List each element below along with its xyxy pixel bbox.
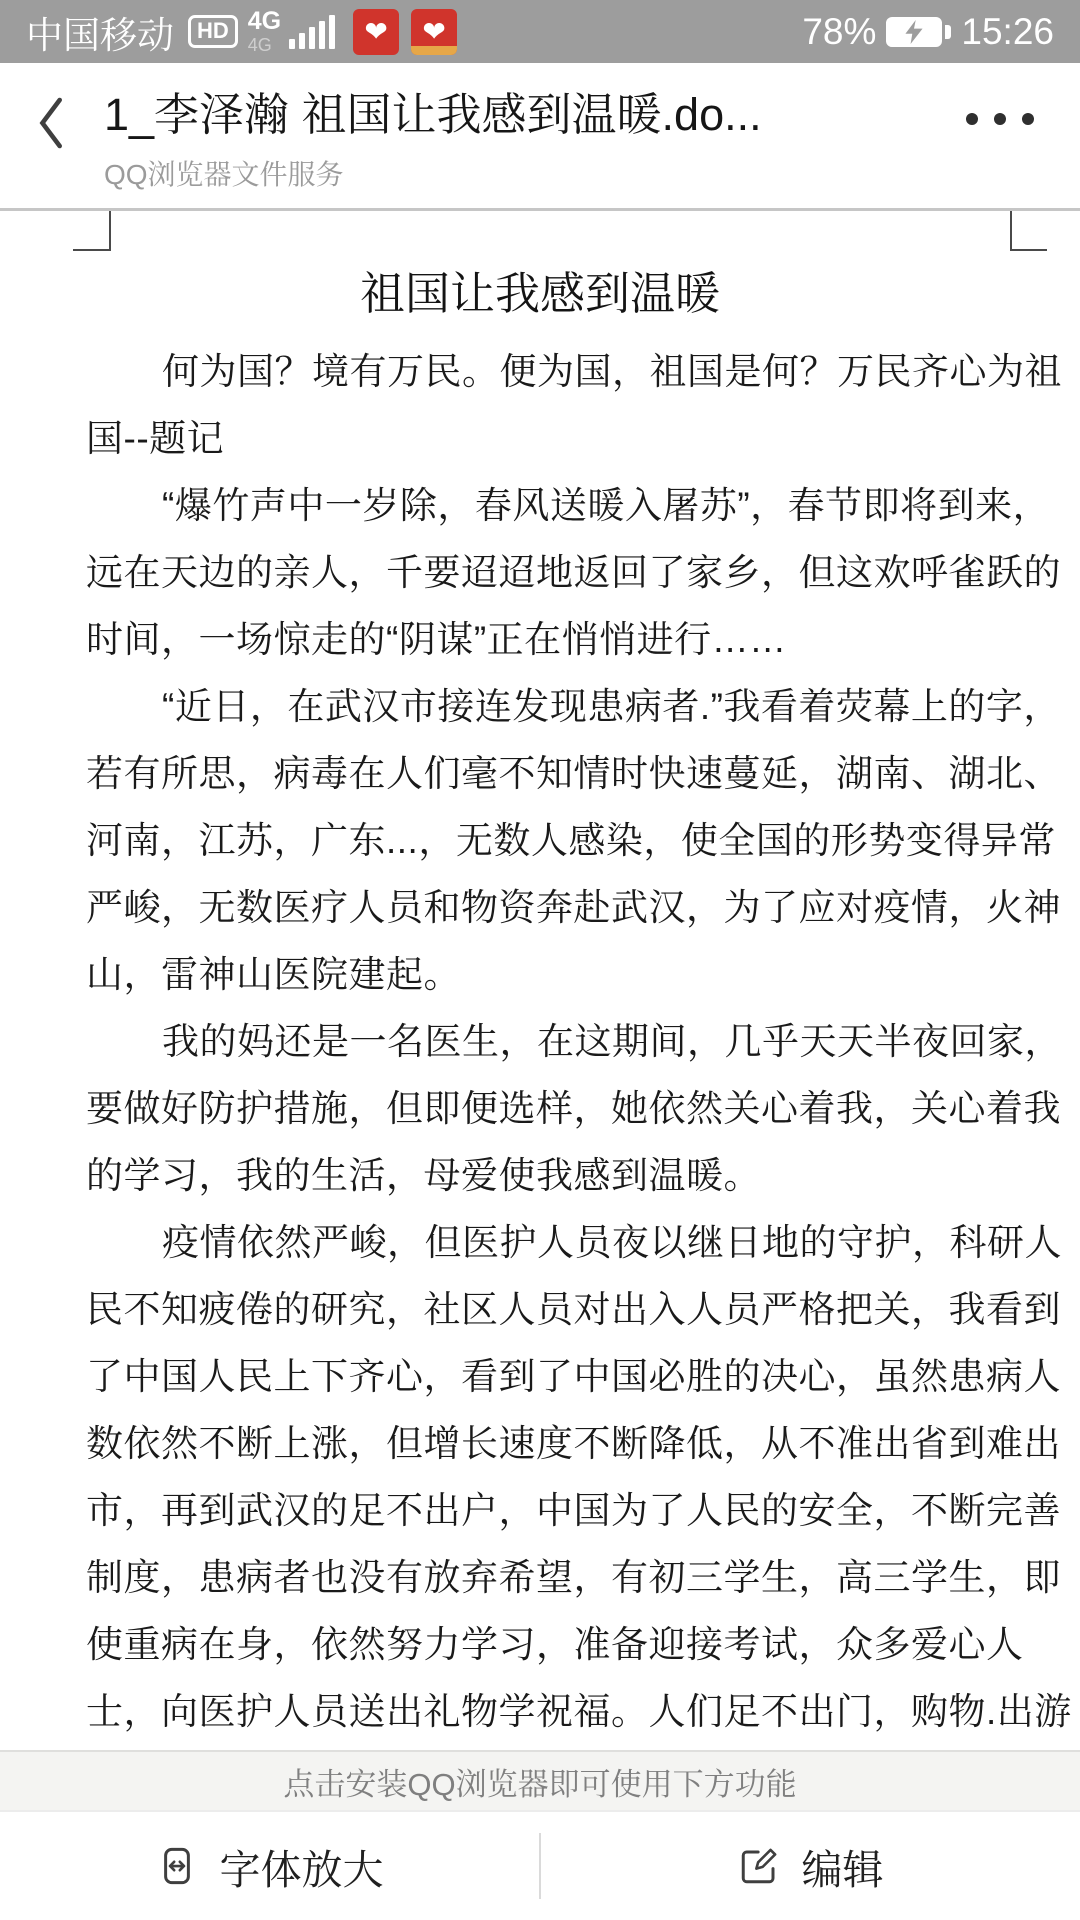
document-line: 若有所思，病毒在人们毫不知情时快速蔓延，湖南、湖北、 <box>86 740 994 807</box>
document-line: 要做好防护措施，但即便选样，她依然关心着我，关心着我 <box>86 1075 994 1142</box>
document-view: 祖国让我感到温暖 何为国？境有万民。便为国，祖国是何？万民齐心为祖国--题记“爆… <box>0 211 1080 1750</box>
document-line: 数依然不断上涨，但增长速度不断降低，从不准出省到难出 <box>86 1410 994 1477</box>
edit-label: 编辑 <box>802 1837 884 1896</box>
document-line: 严峻，无数医疗人员和物资奔赴武汉，为了应对疫情，火神 <box>86 874 994 941</box>
more-menu-button[interactable] <box>950 113 1034 125</box>
document-line: “爆竹声中一岁除，春风送暖入屠苏”，春节即将到来， <box>86 472 994 539</box>
document-lines: 何为国？境有万民。便为国，祖国是何？万民齐心为祖国--题记“爆竹声中一岁除，春风… <box>0 338 1080 1745</box>
document-line: 我的妈还是一名医生，在这期间，几乎天天半夜回家， <box>86 1008 994 1075</box>
document-title: 祖国让我感到温暖 <box>0 257 1080 322</box>
document-line: 疫情依然严峻，但医护人员夜以继日地的守护，科研人 <box>86 1209 994 1276</box>
install-banner-text: 点击安装QQ浏览器即可使用下方功能 <box>283 1759 796 1804</box>
document-line: 时间，一场惊走的“阴谋”正在悄悄进行…… <box>86 606 994 673</box>
font-zoom-label: 字体放大 <box>220 1837 384 1896</box>
heart-glyph: ❤ <box>422 15 445 48</box>
font-size-icon <box>156 1845 198 1887</box>
document-line: 市，再到武汉的足不出户，中国为了人民的安全，不断完善 <box>86 1477 994 1544</box>
heart-notification-icon: ❤ <box>353 9 399 55</box>
file-title-block: 1_李泽瀚 祖国让我感到温暖.do... QQ浏览器文件服务 <box>104 78 930 193</box>
signal-strength-icon <box>285 15 335 49</box>
file-header: 1_李泽瀚 祖国让我感到温暖.do... QQ浏览器文件服务 <box>0 63 1080 211</box>
page-margin-mark-left <box>73 211 111 251</box>
badge-banner-strip <box>411 46 457 55</box>
clock: 15:26 <box>961 11 1054 53</box>
document-line: 河南，江苏，广东...，无数人感染，使全国的形势变得异常 <box>86 807 994 874</box>
document-line: 士，向医护人员送出礼物学祝福。人们足不出门，购物.出游 <box>86 1678 994 1745</box>
status-bar-left: 中国移动 HD 4G 4G ❤ ❤ <box>26 5 469 59</box>
document-line: “近日，在武汉市接连发现患病者.”我看着荧幕上的字， <box>86 673 994 740</box>
font-zoom-button[interactable]: 字体放大 <box>0 1812 539 1920</box>
carrier-label: 中国移动 <box>26 5 174 59</box>
file-title: 1_李泽瀚 祖国让我感到温暖.do... <box>104 78 930 143</box>
document-line: 制度，患病者也没有放弃希望，有初三学生，高三学生，即 <box>86 1544 994 1611</box>
hd-icon: HD <box>188 15 238 47</box>
heart-notification-icon-2: ❤ <box>411 9 457 55</box>
page-margin-mark-right <box>1010 211 1047 251</box>
document-line: 国--题记 <box>86 405 994 472</box>
status-bar: 中国移动 HD 4G 4G ❤ ❤ 78% 15:26 <box>0 0 1080 63</box>
network-4g-label: 4G <box>248 9 281 34</box>
document-line: 山，雷神山医院建起。 <box>86 941 994 1008</box>
network-4g-secondary-label: 4G <box>248 36 272 54</box>
phone-screen: 中国移动 HD 4G 4G ❤ ❤ 78% 15:26 <box>0 0 1080 1920</box>
status-bar-right: 78% 15:26 <box>802 11 1054 53</box>
back-button[interactable] <box>0 93 104 153</box>
document-line: 使重病在身，依然努力学习，准备迎接考试，众多爱心人 <box>86 1611 994 1678</box>
edit-button[interactable]: 编辑 <box>541 1812 1080 1920</box>
more-dots-icon <box>966 113 978 125</box>
document-line: 民不知疲倦的研究，社区人员对出入人员严格把关，我看到 <box>86 1276 994 1343</box>
edit-pencil-icon <box>738 1845 780 1887</box>
battery-percent: 78% <box>802 11 876 53</box>
file-service-subtitle: QQ浏览器文件服务 <box>104 153 930 193</box>
bottom-toolbar: 字体放大 编辑 <box>0 1810 1080 1920</box>
install-banner[interactable]: 点击安装QQ浏览器即可使用下方功能 <box>0 1750 1080 1810</box>
network-indicator: 4G 4G <box>248 9 281 54</box>
document-line: 何为国？境有万民。便为国，祖国是何？万民齐心为祖 <box>86 338 994 405</box>
document-line: 远在天边的亲人，千要迢迢地返回了家乡，但这欢呼雀跃的 <box>86 539 994 606</box>
document-line: 了中国人民上下齐心，看到了中国必胜的决心，虽然患病人 <box>86 1343 994 1410</box>
back-chevron-icon <box>29 93 75 153</box>
battery-charging-icon <box>886 17 951 47</box>
document-line: 的学习，我的生活，母爱使我感到温暖。 <box>86 1142 994 1209</box>
